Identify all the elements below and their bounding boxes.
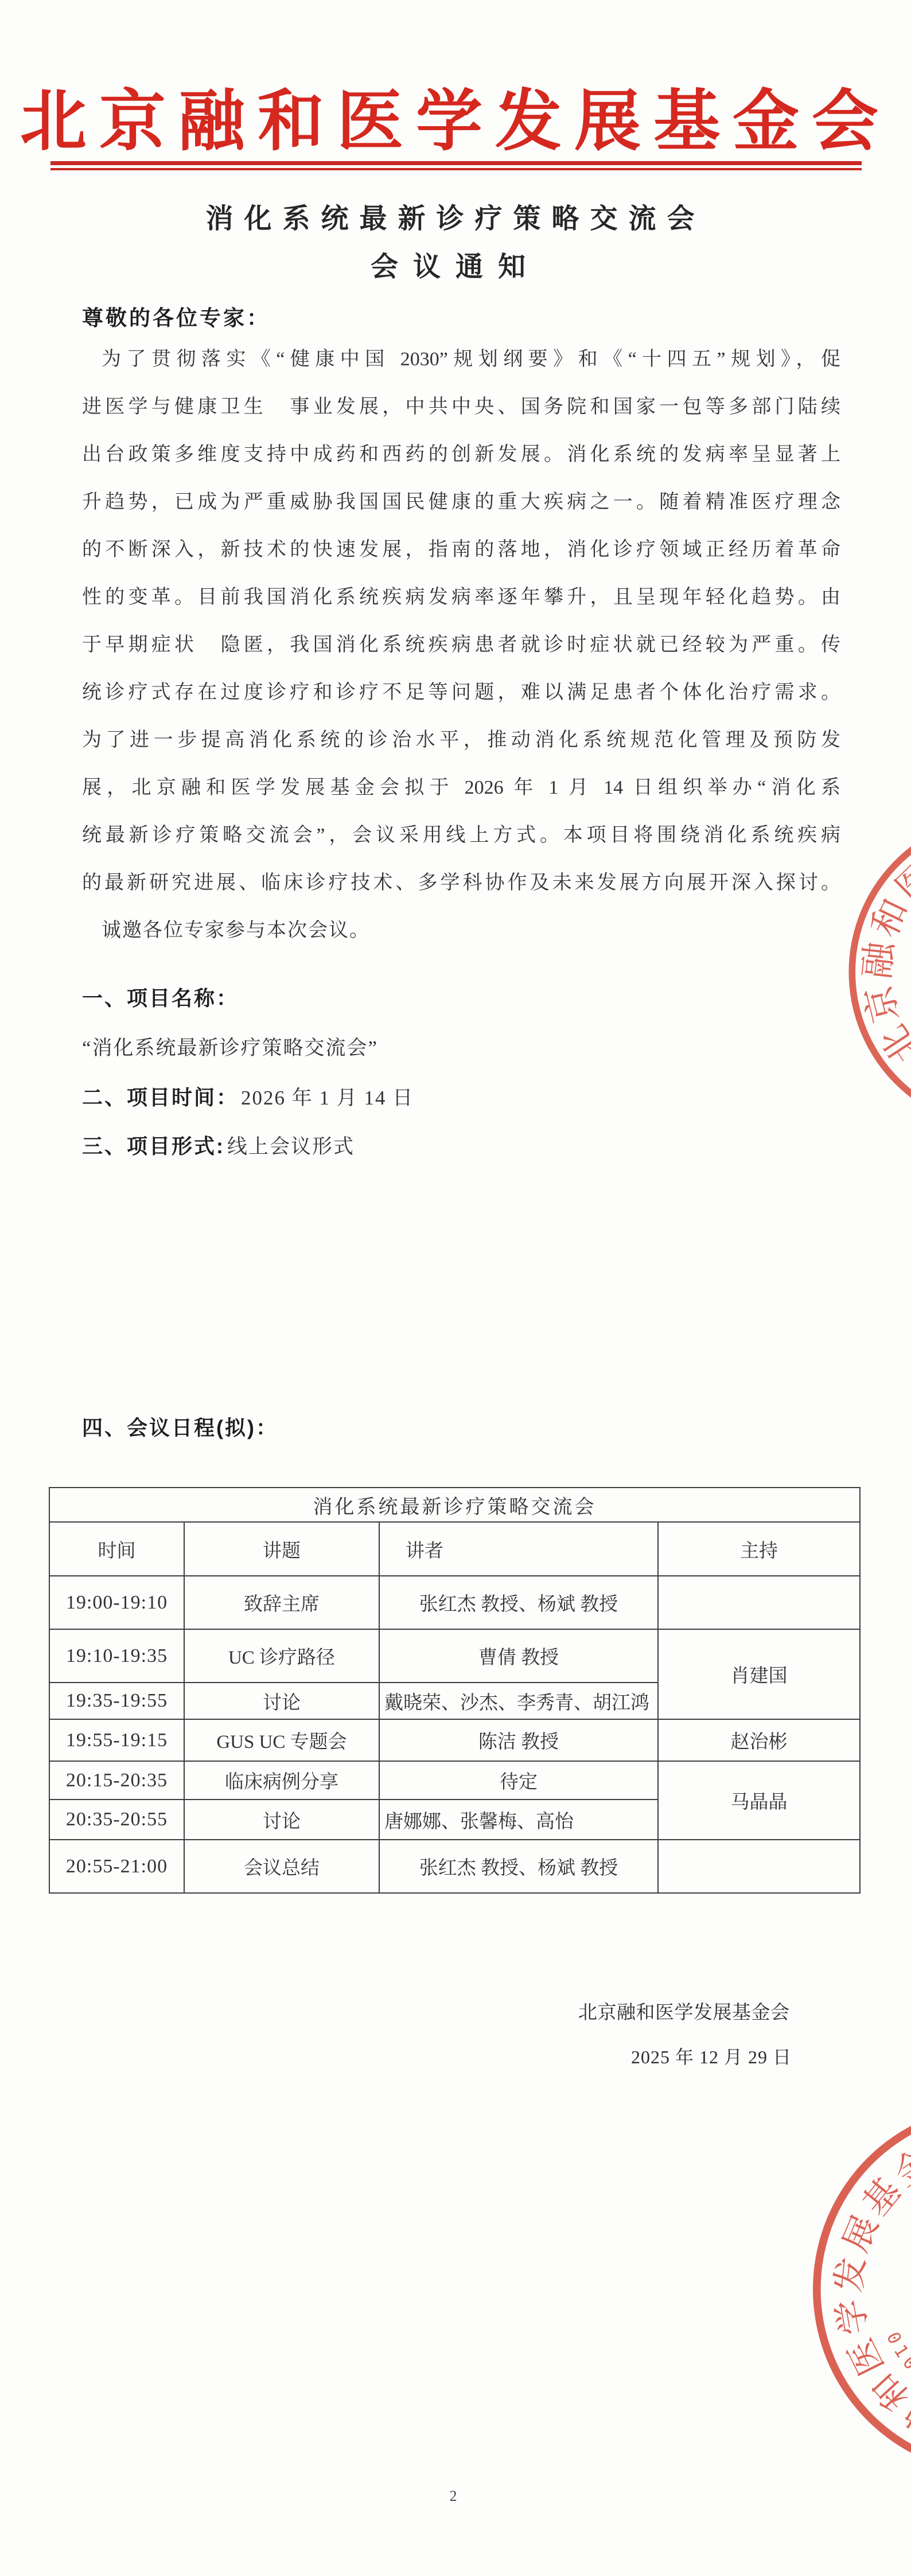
item-project-format-label: 三、项目形式: — [82, 1134, 225, 1158]
item-project-time-value: 2026 年 1 月 14 日 — [241, 1087, 414, 1109]
body-line: 展，北京融和医学发展基金会拟于 2026 年 1 月 14 日组织举办“消化系 — [82, 764, 840, 811]
item-project-name-label: 一、项目名称： — [82, 986, 239, 1010]
agenda-speaker-cell: 待定 — [379, 1761, 658, 1800]
project-name-value: “消化系统最新诊疗策略交流会” — [82, 1037, 378, 1059]
stamp-ring-text: 北京融和医学发展基金会 — [804, 2123, 911, 2484]
agenda-time-cell: 19:10-19:35 — [49, 1629, 184, 1683]
item-project-name: 一、项目名称： — [82, 982, 239, 1012]
agenda-table: 消化系统最新诊疗策略交流会 时间 讲题 讲者 主持 19:00-19:10 致辞… — [49, 1487, 861, 1894]
item-project-name-value-row: “消化系统最新诊疗策略交流会” — [82, 1032, 378, 1061]
agenda-time-cell: 19:35-19:55 — [49, 1683, 184, 1719]
stamp-serial-number: 01020342670 — [882, 2329, 911, 2415]
svg-text:北京融和医学发展基金会: 北京融和医学发展基金会 — [840, 806, 911, 1074]
item-project-format: 三、项目形式: 线上会议形式 — [82, 1130, 355, 1160]
body-line: 升趋势，已成为严重威胁我国国民健康的重大疾病之一。随着精准医疗理念 — [82, 478, 840, 526]
item-agenda-heading-label: 四、会议日程(拟)： — [82, 1416, 278, 1439]
agenda-host-cell: 马晶晶 — [658, 1761, 860, 1840]
agenda-topic-cell: GUS UC 专题会 — [184, 1719, 379, 1761]
page-number: 2 — [442, 2488, 465, 2505]
agenda-time-cell: 19:00-19:10 — [49, 1576, 184, 1629]
body-line: 的不断深入，新技术的快速发展，指南的落地，消化诊疗领域正经历着革命 — [82, 526, 840, 573]
official-stamp-right-bottom: 北京融和医学发展基金会 01020342670 — [803, 2094, 911, 2484]
agenda-speaker-cell: 曹倩 教授 — [379, 1629, 658, 1683]
body-line: 出台政策多维度支持中成药和西药的创新发展。消化系统的发病率呈显著上 — [82, 431, 840, 478]
agenda-topic-cell: 会议总结 — [184, 1840, 379, 1893]
red-divider-thick — [50, 161, 862, 165]
doc-subtitle: 会议通知 — [0, 244, 911, 284]
salutation: 尊敬的各位专家： — [82, 300, 270, 331]
col-header-topic: 讲题 — [184, 1522, 379, 1576]
closing-line: 诚邀各位专家参与本次会议。 — [82, 907, 840, 954]
agenda-time-cell: 19:55-19:15 — [49, 1719, 184, 1761]
org-title: 北京融和医学发展基金会 — [0, 68, 911, 163]
stamp-ring — [803, 2094, 911, 2484]
svg-text:北京融和医学发展基金会: 北京融和医学发展基金会 — [804, 2123, 911, 2484]
agenda-host-cell: 赵治彬 — [658, 1719, 860, 1761]
item-project-format-value: 线上会议形式 — [227, 1135, 355, 1158]
stamp-ring — [840, 806, 911, 1138]
col-header-time: 时间 — [49, 1522, 184, 1576]
agenda-time-cell: 20:15-20:35 — [49, 1761, 184, 1800]
agenda-host-cell — [658, 1576, 860, 1629]
agenda-speaker-cell: 张红杰 教授、杨斌 教授 — [379, 1840, 658, 1893]
agenda-topic-cell: UC 诊疗路径 — [184, 1629, 379, 1683]
body-line: 的最新研究进展、临床诊疗技术、多学科协作及未来发展方向展开深入探讨。 — [82, 859, 840, 907]
body-paragraph: 为了贯彻落实《“健康中国 2030”规划纲要》和《“十四五”规划》，促 进医学与… — [82, 335, 840, 954]
svg-text:01020342670: 01020342670 — [882, 2329, 911, 2415]
doc-title: 消化系统最新诊疗策略交流会 — [0, 196, 911, 236]
agenda-speaker-cell: 唐娜娜、张馨梅、高怡 — [379, 1800, 658, 1840]
col-header-speaker: 讲者 — [379, 1522, 658, 1576]
agenda-topic-cell: 讨论 — [184, 1800, 379, 1840]
col-header-host: 主持 — [658, 1522, 860, 1576]
agenda-speaker-cell: 张红杰 教授、杨斌 教授 — [379, 1576, 658, 1629]
agenda-host-cell — [658, 1840, 860, 1893]
body-line: 性的变革。目前我国消化系统疾病发病率逐年攀升，且呈现年轻化趋势。由 — [82, 573, 840, 621]
agenda-time-cell: 20:35-20:55 — [49, 1800, 184, 1840]
body-line: 进医学与健康卫生 事业发展，中共中央、国务院和国家一包等多部门陆续 — [82, 383, 840, 431]
red-divider-thin — [50, 168, 862, 170]
agenda-speaker-cell: 陈洁 教授 — [379, 1719, 658, 1761]
body-line: 于早期症状 隐匿，我国消化系统疾病患者就诊时症状就已经较为严重。传 — [82, 621, 840, 669]
body-line: 为了进一步提高消化系统的诊治水平，推动消化系统规范化管理及预防发 — [82, 716, 840, 764]
item-project-time-label: 二、项目时间： — [82, 1086, 239, 1109]
agenda-time-cell: 20:55-21:00 — [49, 1840, 184, 1893]
official-stamp-right-middle: 北京融和医学发展基金会 1101020342670 — [840, 806, 911, 1138]
body-line: 统诊疗式存在过度诊疗和诊疗不足等问题，难以满足患者个体化治疗需求。 — [82, 669, 840, 716]
stamp-ring-text: 北京融和医学发展基金会 — [840, 806, 911, 1074]
agenda-topic-cell: 讨论 — [184, 1683, 379, 1719]
item-project-time: 二、项目时间： 2026 年 1 月 14 日 — [82, 1082, 414, 1111]
agenda-topic-cell: 临床病例分享 — [184, 1761, 379, 1800]
item-agenda-heading: 四、会议日程(拟)： — [82, 1412, 278, 1441]
agenda-speaker-cell: 戴晓荣、沙杰、李秀青、胡江鸿 — [379, 1683, 658, 1719]
footer-date: 2025 年 12 月 29 日 — [631, 2043, 792, 2069]
agenda-topic-cell: 致辞主席 — [184, 1576, 379, 1629]
footer-org-name: 北京融和医学发展基金会 — [578, 1997, 790, 2024]
body-line: 为了贯彻落实《“健康中国 2030”规划纲要》和《“十四五”规划》，促 — [82, 335, 840, 383]
body-line: 统最新诊疗策略交流会”，会议采用线上方式。本项目将围绕消化系统疾病 — [82, 811, 840, 859]
agenda-host-cell: 肖建国 — [658, 1629, 860, 1719]
agenda-table-title: 消化系统最新诊疗策略交流会 — [49, 1488, 860, 1522]
document-page: 北京融和医学发展基金会 消化系统最新诊疗策略交流会 会议通知 尊敬的各位专家： … — [0, 0, 911, 2576]
